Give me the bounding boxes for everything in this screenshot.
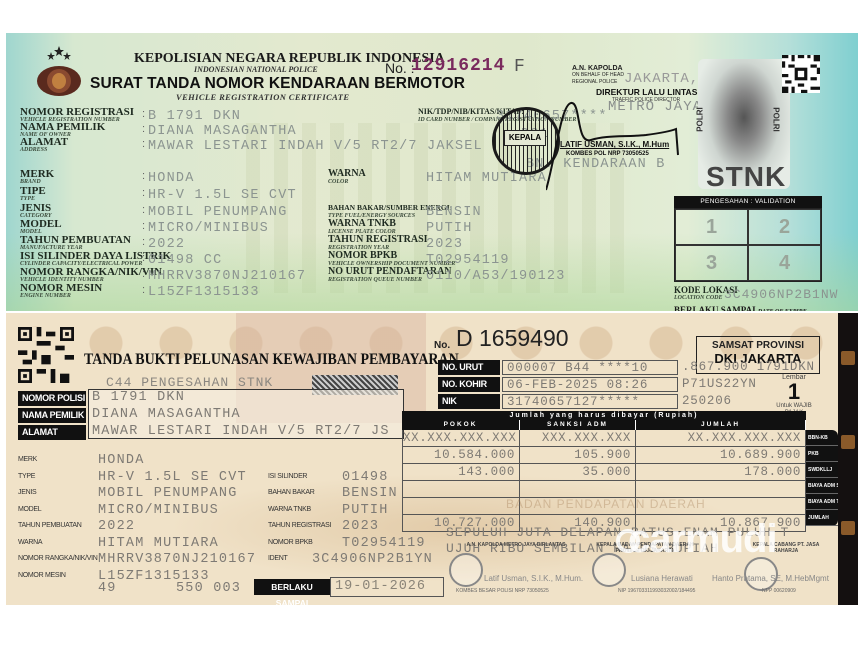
stnk-vehicle-registration-card: KEPOLISIAN NEGARA REPUBLIK INDONESIA IND… (6, 33, 858, 311)
strip-emblem-icon (841, 351, 855, 365)
field-colon: : (142, 123, 145, 135)
field-value: B 1791 DKN (148, 109, 241, 124)
validation-cell: 3 (675, 245, 748, 281)
sanksi-cell: 35.000 (520, 464, 636, 480)
field-value: MOBIL PENUMPANG (148, 205, 288, 220)
polri-left-text: POLRI (696, 107, 705, 131)
doc-number-label: No. (434, 340, 450, 351)
amount-bg-text: BADAN PENDAPATAN DAERAH (506, 497, 706, 511)
watermark: carmudi (628, 517, 777, 562)
row-tag: JUMLAH (806, 510, 838, 526)
vehicle-label: ISI SILINDER (268, 473, 307, 480)
vehicle-value: 3C4906NP2B1YN (312, 552, 433, 567)
field-value: 0110/A53/190123 (426, 269, 566, 284)
receipt-expiry-date: 19-01-2026 (330, 577, 444, 597)
row-tag: SWDKLLJ (806, 462, 838, 478)
vehicle-label: IDENT (268, 555, 288, 562)
info-value: 31740657127***** (502, 394, 678, 409)
sanksi-cell: 105.900 (520, 447, 636, 463)
vehicle-label: NOMOR MESIN (18, 572, 66, 579)
amount-table-header: POKOK SANKSI ADM JUMLAH (402, 420, 806, 430)
pokok-cell: XX.XXX.XXX.XXX (402, 430, 520, 446)
vehicle-value: MICRO/MINIBUS (98, 503, 219, 518)
field-label: NOMOR MESINENGINE NUMBER (20, 283, 102, 300)
pokok-cell (402, 498, 520, 514)
row-tag: PKB (806, 446, 838, 462)
vehicle-value: HONDA (98, 453, 145, 468)
vehicle-label: TYPE (18, 473, 35, 480)
field-colon: : (142, 268, 145, 280)
field-label: ALAMATADDRESS (20, 137, 68, 154)
document-title-en: VEHICLE REGISTRATION CERTIFICATE (176, 92, 349, 102)
col-pokok: POKOK (402, 420, 520, 430)
vehicle-label: JENIS (18, 489, 36, 496)
vehicle-label: NOMOR BPKB (268, 539, 312, 546)
owner-label: NOMOR POLISI (18, 391, 86, 406)
vehicle-value: 2023 (342, 519, 379, 534)
validation-grid: 1 2 3 4 (674, 208, 822, 282)
vehicle-value: MOBIL PENUMPANG (98, 486, 238, 501)
info-value: 06-FEB-2025 08:26 (502, 377, 678, 392)
jumlah-cell: 178.000 (636, 464, 806, 480)
stamp-text: KEPALA (504, 130, 546, 146)
jumlah-cell: XX.XXX.XXX.XXX (636, 430, 806, 446)
vehicle-value: BENSIN (342, 486, 398, 501)
signatory-name: Latif Usman, S.I.K., M.Hum. (484, 574, 583, 583)
location-code-value: 3C4906NP2B1NW (724, 287, 838, 302)
field-value: DIANA MASAGANTHA (148, 124, 297, 139)
field-colon: : (142, 187, 145, 199)
signatory-id: NPP 00620909 (762, 588, 796, 594)
polri-right-text: POLRI (772, 107, 781, 131)
info-label: NIK (438, 394, 500, 409)
owner-value: B 1791 DKN (92, 390, 185, 405)
signatory-id: NIP 196703311993032002/184495 (618, 588, 695, 594)
field-value: 2023 (426, 237, 463, 252)
info-label: NO. KOHIR (438, 377, 500, 392)
officer-name: LATIF USMAN, S.I.K., M.Hum (560, 140, 669, 149)
bapenda-seal-icon (592, 553, 626, 587)
col-sanksi: SANKSI ADM (520, 420, 636, 430)
copy-number: 1 (774, 381, 814, 403)
qr-code-icon (18, 327, 74, 383)
amount-row: 10.584.000105.90010.689.900 (402, 447, 806, 464)
vehicle-value: PUTIH (342, 503, 389, 518)
strip-emblem-icon (841, 521, 855, 535)
field-colon: : (142, 170, 145, 182)
amount-row (402, 481, 806, 498)
vehicle-value: 01498 (342, 470, 389, 485)
expiry-label: BERLAKU SAMPAI DATE OF EXPIRE (674, 305, 807, 311)
samsat-line1: SAMSAT PROVINSI (697, 340, 819, 351)
receipt-subtitle: C44 PENGESAHAN STNK (106, 375, 273, 390)
vehicle-label: MERK (18, 456, 37, 463)
officer-id: KOMBES POL NRP 73050525 (566, 151, 649, 157)
receipt-title: TANDA BUKTI PELUNASAN KEWAJIBAN PEMBAYAR… (84, 351, 459, 369)
serial-suffix: F (514, 57, 525, 77)
field-value: HR-V 1.5L SE CVT (148, 188, 297, 203)
field-colon: : (142, 284, 145, 296)
on-behalf-label: A.N. KAPOLDA ON BEHALF OF HEAD REGIONAL … (572, 65, 632, 86)
info-extra: .867.900 1791DKN (682, 360, 815, 374)
signatory-name: Hanto Pratama, SE, M.HebMgmt (712, 574, 829, 583)
row-tag: BIAYA ADM TNKB (806, 494, 838, 510)
qr-code-icon (782, 55, 820, 93)
vehicle-label: WARNA TNKB (268, 506, 311, 513)
field-value: HONDA (148, 171, 195, 186)
pokok-cell: 10.584.000 (402, 447, 520, 463)
signatory-title: A.N. KAPOLDA METRO JAYA DIRLANTAS (466, 542, 566, 548)
jumlah-cell: 10.689.900 (636, 447, 806, 463)
hologram-text: STNK (706, 161, 786, 193)
signatory-name: Lusiana Herawati (631, 574, 693, 583)
info-value: 000007 B44 ****10 (502, 360, 678, 375)
validation-cell: 1 (675, 209, 748, 245)
field-value: PUTIH (426, 221, 473, 236)
field-value: L15ZF1315133 (148, 285, 260, 300)
vehicle-value: 2022 (98, 519, 135, 534)
field-label: MERKBRAND (20, 169, 54, 186)
vehicle-label: BAHAN BAKAR (268, 489, 315, 496)
police-emblem-icon (32, 45, 86, 99)
field-label: TIPETYPE (20, 186, 46, 203)
pokok-cell: 143.000 (402, 464, 520, 480)
validation-cell: 4 (748, 245, 821, 281)
field-label: WARNACOLOR (328, 169, 366, 186)
vehicle-label: NOMOR RANGKA/NIK/VIN (18, 555, 98, 562)
vehicle-label: TAHUN REGISTRASI (268, 522, 331, 529)
row-tag: BIAYA ADM STNK (806, 478, 838, 494)
strip-emblem-icon (841, 435, 855, 449)
vehicle-label: MODEL (18, 506, 41, 513)
police-seal-icon (449, 553, 483, 587)
document-title: SURAT TANDA NOMOR KENDARAAN BERMOTOR (90, 75, 465, 93)
owner-label: ALAMAT (18, 425, 86, 440)
field-colon: : (142, 138, 145, 150)
info-extra: P71US22YN (682, 377, 757, 391)
sanksi-cell (520, 481, 636, 497)
serial-number: 12916214 (411, 56, 505, 76)
field-colon: : (142, 220, 145, 232)
col-jumlah: JUMLAH (636, 420, 806, 430)
info-extra: 250206 (682, 394, 732, 408)
owner-value: MAWAR LESTARI INDAH V/5 RT2/7 JS (92, 424, 390, 439)
field-value: MICRO/MINIBUS (148, 221, 269, 236)
signatory-id: KOMBES BESAR POLISI NRP 73050525 (456, 588, 549, 594)
institution-name-en: INDONESIAN NATIONAL POLICE (194, 65, 318, 74)
field-colon: : (142, 236, 145, 248)
doc-number: D 1659490 (456, 325, 569, 352)
field-colon: : (142, 252, 145, 264)
owner-value: DIANA MASAGANTHA (92, 407, 241, 422)
validation-header: PENGESAHAN : VALIDATION (674, 196, 822, 208)
info-label: NO. URUT (438, 360, 500, 375)
sanksi-cell: XXX.XXX.XXX (520, 430, 636, 446)
vehicle-value: T02954119 (342, 536, 426, 551)
vehicle-value: HITAM MUTIARA (98, 536, 219, 551)
tax-payment-receipt: TANDA BUKTI PELUNASAN KEWAJIBAN PEMBAYAR… (6, 313, 858, 605)
jumlah-cell (636, 481, 806, 497)
extra-code-a: 49 (98, 581, 117, 596)
field-value: MAWAR LESTARI INDAH V/5 RT2/7 JAKSEL (148, 139, 483, 154)
field-value: BENSIN (426, 205, 482, 220)
amount-row: 143.00035.000178.000 (402, 464, 806, 481)
owner-label: NAMA PEMILIK (18, 408, 86, 423)
amount-table-title: Jumlah yang harus dibayar (Rupiah) (402, 411, 806, 420)
vehicle-value: MHRRV3870NJ210167 (98, 552, 256, 567)
vehicle-value: HR-V 1.5L SE CVT (98, 470, 247, 485)
field-value: MHRRV3870NJ210167 (148, 269, 306, 284)
row-tag: BBN-KB (806, 430, 838, 446)
amount-row: XX.XXX.XXX.XXXXXX.XXX.XXXXX.XXX.XXX.XXX (402, 430, 806, 447)
vehicle-label: TAHUN PEMBUATAN (18, 522, 82, 529)
field-colon: : (142, 108, 145, 120)
vehicle-label: WARNA (18, 539, 42, 546)
receipt-expiry-label: BERLAKU SAMPAI (254, 579, 330, 595)
pokok-cell (402, 481, 520, 497)
validation-cell: 2 (748, 209, 821, 245)
extra-code-b: 550 003 (176, 581, 241, 596)
amount-row-tags: BBN-KBPKBSWDKLLJBIAYA ADM STNKBIAYA ADM … (806, 430, 838, 526)
field-colon: : (142, 204, 145, 216)
